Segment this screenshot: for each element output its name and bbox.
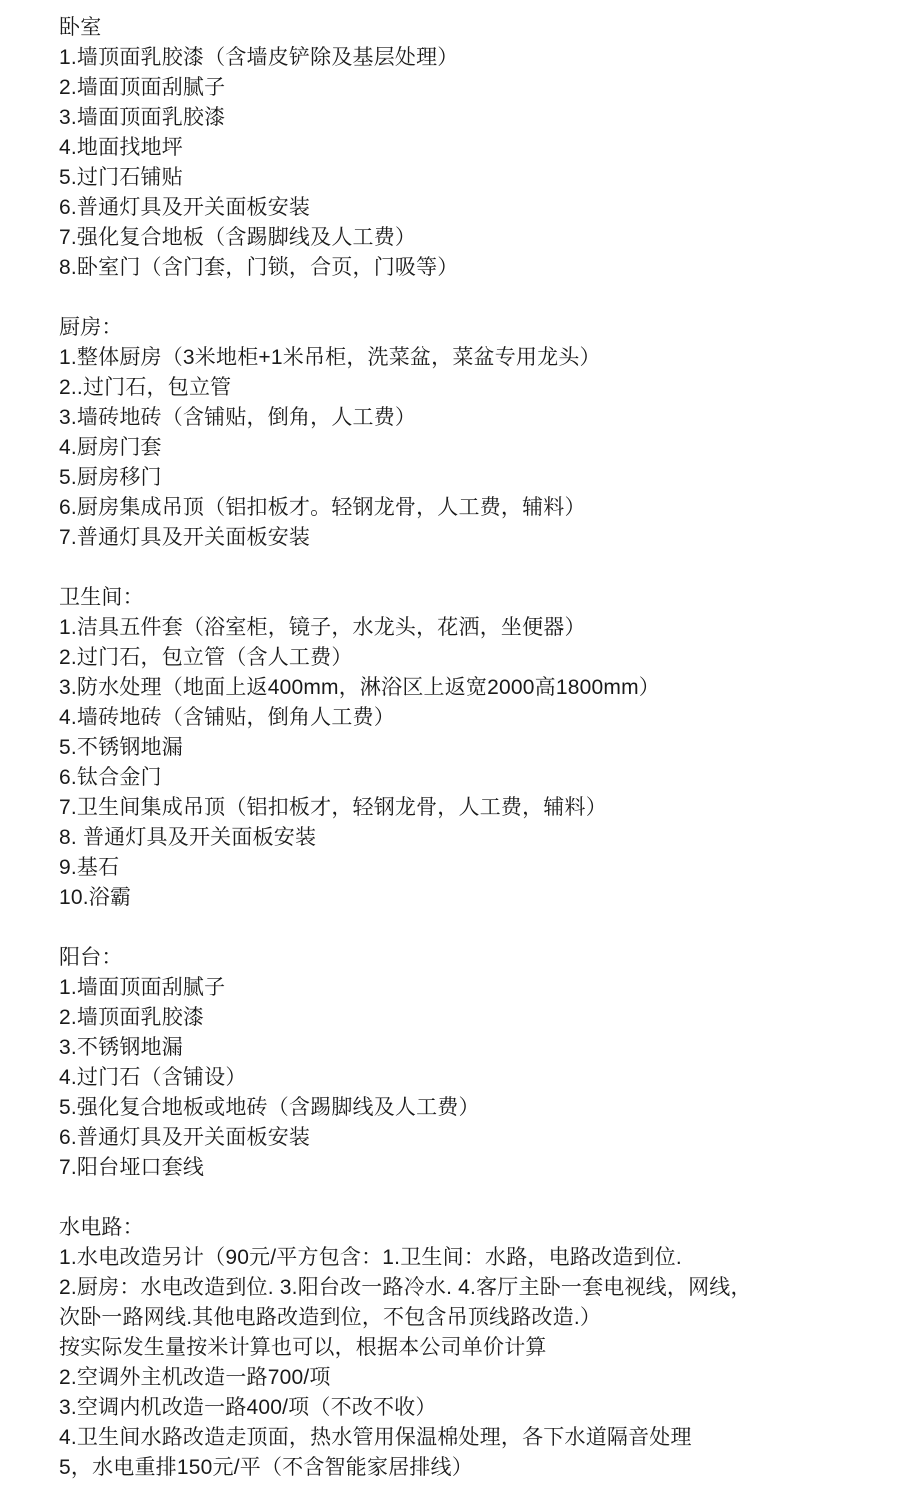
- list-item: 5.厨房移门: [59, 463, 870, 493]
- list-item: 6.普通灯具及开关面板安装: [59, 193, 870, 223]
- list-item: 1.整体厨房（3米地柜+1米吊柜，洗菜盆，菜盆专用龙头）: [59, 343, 870, 373]
- list-item: 5，水电重排150元/平（不含智能家居排线）: [59, 1453, 870, 1483]
- section-title: 水电路：: [59, 1213, 870, 1243]
- section: 水电路：1.水电改造另计（90元/平方包含：1.卫生间：水路，电路改造到位.2.…: [59, 1213, 870, 1483]
- section-title: 卧室: [59, 13, 870, 43]
- list-item: 3.墙面顶面乳胶漆: [59, 103, 870, 133]
- list-item: 1.墙面顶面刮腻子: [59, 973, 870, 1003]
- list-item: 2.空调外主机改造一路700/项: [59, 1363, 870, 1393]
- list-item: 6.钛合金门: [59, 763, 870, 793]
- list-item: 1.洁具五件套（浴室柜，镜子，水龙头，花洒，坐便器）: [59, 613, 870, 643]
- list-item: 1.水电改造另计（90元/平方包含：1.卫生间：水路，电路改造到位.: [59, 1243, 870, 1273]
- list-item: 10.浴霸: [59, 883, 870, 913]
- list-item: 3.墙砖地砖（含铺贴，倒角，人工费）: [59, 403, 870, 433]
- section: 厨房：1.整体厨房（3米地柜+1米吊柜，洗菜盆，菜盆专用龙头）2..过门石，包立…: [59, 313, 870, 553]
- list-item: 按实际发生量按米计算也可以，根据本公司单价计算: [59, 1333, 870, 1363]
- section-title: 厨房：: [59, 313, 870, 343]
- section-title: 阳台：: [59, 943, 870, 973]
- list-item: 4.卫生间水路改造走顶面，热水管用保温棉处理，各下水道隔音处理: [59, 1423, 870, 1453]
- list-item: 4.地面找地坪: [59, 133, 870, 163]
- list-item: 4.过门石（含铺设）: [59, 1063, 870, 1093]
- section-title: 卫生间：: [59, 583, 870, 613]
- list-item: 7.强化复合地板（含踢脚线及人工费）: [59, 223, 870, 253]
- list-item: 5.过门石铺贴: [59, 163, 870, 193]
- list-item: 次卧一路网线.其他电路改造到位，不包含吊顶线路改造.）: [59, 1303, 870, 1333]
- list-item: 8.卧室门（含门套，门锁，合页，门吸等）: [59, 253, 870, 283]
- list-item: 7.普通灯具及开关面板安装: [59, 523, 870, 553]
- list-item: 2.厨房：水电改造到位. 3.阳台改一路冷水. 4.客厅主卧一套电视线，网线，: [59, 1273, 870, 1303]
- list-item: 7.阳台垭口套线: [59, 1153, 870, 1183]
- list-item: 2..过门石，包立管: [59, 373, 870, 403]
- list-item: 6.厨房集成吊顶（铝扣板才。轻钢龙骨，人工费，辅料）: [59, 493, 870, 523]
- list-item: 5.不锈钢地漏: [59, 733, 870, 763]
- list-item: 2.墙顶面乳胶漆: [59, 1003, 870, 1033]
- list-item: 6.普通灯具及开关面板安装: [59, 1123, 870, 1153]
- list-item: 3.不锈钢地漏: [59, 1033, 870, 1063]
- list-item: 7.卫生间集成吊顶（铝扣板才，轻钢龙骨，人工费，辅料）: [59, 793, 870, 823]
- list-item: 4.墙砖地砖（含铺贴，倒角人工费）: [59, 703, 870, 733]
- renovation-quote-document: 卧室1.墙顶面乳胶漆（含墙皮铲除及基层处理）2.墙面顶面刮腻子3.墙面顶面乳胶漆…: [0, 0, 900, 1500]
- list-item: 1.墙顶面乳胶漆（含墙皮铲除及基层处理）: [59, 43, 870, 73]
- list-item: 2.过门石，包立管（含人工费）: [59, 643, 870, 673]
- section: 卧室1.墙顶面乳胶漆（含墙皮铲除及基层处理）2.墙面顶面刮腻子3.墙面顶面乳胶漆…: [59, 13, 870, 283]
- list-item: 5.强化复合地板或地砖（含踢脚线及人工费）: [59, 1093, 870, 1123]
- list-item: 9.基石: [59, 853, 870, 883]
- list-item: 3.防水处理（地面上返400mm，淋浴区上返宽2000高1800mm）: [59, 673, 870, 703]
- list-item: 8. 普通灯具及开关面板安装: [59, 823, 870, 853]
- section: 卫生间：1.洁具五件套（浴室柜，镜子，水龙头，花洒，坐便器）2.过门石，包立管（…: [59, 583, 870, 913]
- section: 阳台：1.墙面顶面刮腻子2.墙顶面乳胶漆3.不锈钢地漏4.过门石（含铺设）5.强…: [59, 943, 870, 1183]
- list-item: 3.空调内机改造一路400/项（不改不收）: [59, 1393, 870, 1423]
- list-item: 2.墙面顶面刮腻子: [59, 73, 870, 103]
- list-item: 4.厨房门套: [59, 433, 870, 463]
